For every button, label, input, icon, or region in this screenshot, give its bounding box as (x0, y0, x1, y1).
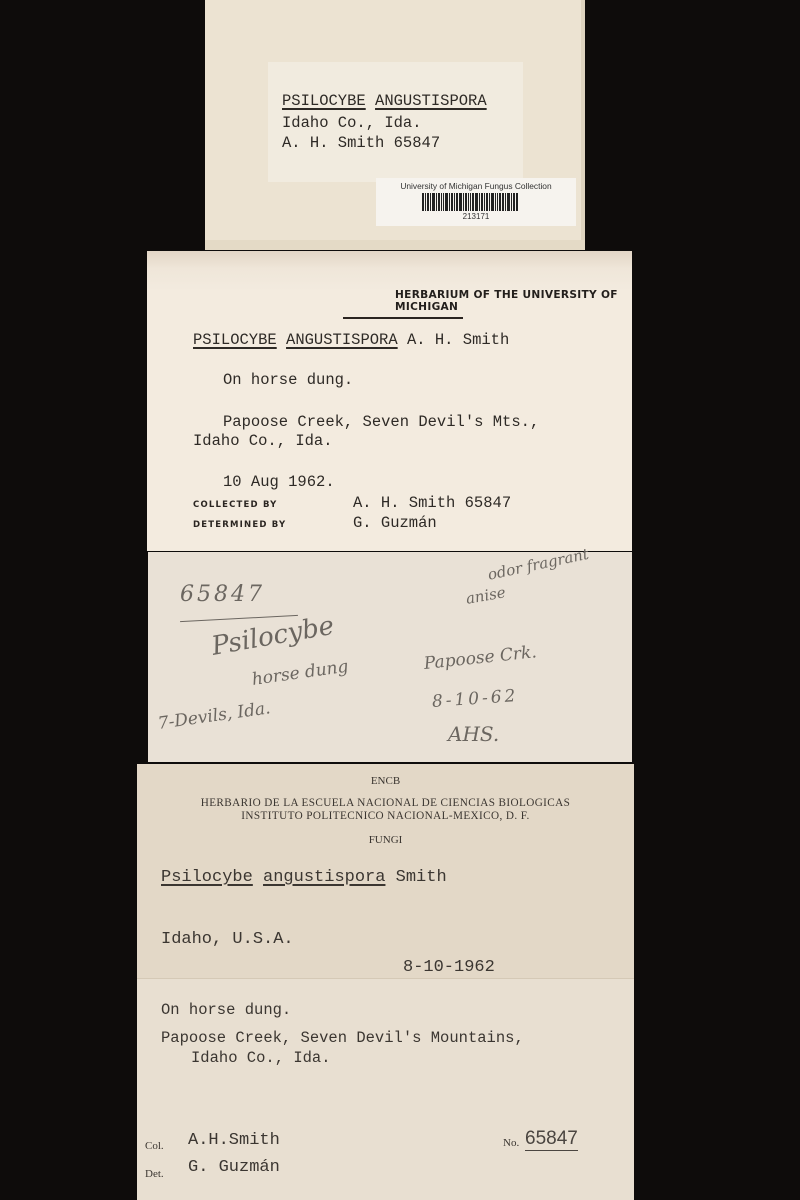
encb-date: 8-10-1962 (403, 958, 495, 977)
encb-locality-1: Papoose Creek, Seven Devil's Mountains, (161, 1029, 524, 1047)
det-value: G. Guzmán (188, 1158, 280, 1177)
encb-taxon: Psilocybe angustispora Smith (161, 868, 447, 887)
col-value: A.H.Smith (188, 1131, 280, 1150)
encb-author: Smith (396, 868, 447, 887)
barcode-label: University of Michigan Fungus Collection… (376, 178, 576, 226)
box-genus: PSILOCYBE (282, 92, 366, 110)
encb-genus: Psilocybe (161, 868, 253, 887)
slip-habitat: horse dung (251, 657, 350, 690)
michigan-locality-1: Papoose Creek, Seven Devil's Mts., (223, 413, 539, 431)
encb-habitat: On horse dung. (161, 1001, 291, 1019)
slip-note-anise: anise (464, 583, 507, 608)
slip-date: 8-10-62 (431, 686, 519, 712)
handwritten-field-slip: 65847 odor fragrant anise Psilocybe hors… (148, 552, 632, 762)
michigan-species: ANGUSTISPORA (286, 331, 398, 349)
michigan-date: 10 Aug 1962. (223, 473, 335, 491)
box-label-locality: Idaho Co., Ida. (282, 114, 422, 132)
michigan-habitat: On horse dung. (223, 371, 353, 389)
determined-by-value: G. Guzmán (353, 514, 437, 532)
encb-species: angustispora (263, 868, 385, 887)
collected-by-value: A. H. Smith 65847 (353, 494, 511, 512)
barcode-title: University of Michigan Fungus Collection (376, 181, 576, 191)
encb-label-lower: On horse dung. Papoose Creek, Seven Devi… (137, 978, 634, 1200)
box-label-taxon: PSILOCYBE ANGUSTISPORA (282, 92, 487, 110)
michigan-taxon: PSILOCYBE ANGUSTISPORA A. H. Smith (193, 331, 509, 349)
encb-institution-1: HERBARIO DE LA ESCUELA NACIONAL DE CIENC… (137, 797, 634, 809)
det-label: Det. (145, 1168, 164, 1180)
slip-initials: AHS. (448, 722, 499, 746)
collected-by-label: COLLECTED BY (193, 500, 278, 510)
box-label-collector: A. H. Smith 65847 (282, 134, 440, 152)
box-species: ANGUSTISPORA (375, 92, 487, 110)
slip-region: 7-Devils, Ida. (157, 698, 272, 734)
no-label: No. (503, 1137, 519, 1149)
michigan-header: HERBARIUM OF THE UNIVERSITY OF MICHIGAN (147, 289, 632, 313)
encb-group: FUNGI (137, 834, 634, 846)
michigan-herbarium-label: HERBARIUM OF THE UNIVERSITY OF MICHIGAN … (147, 251, 632, 551)
barcode-number: 213171 (376, 212, 576, 221)
michigan-author: A. H. Smith (407, 331, 509, 349)
col-label: Col. (145, 1140, 164, 1152)
barcode-icon (422, 193, 528, 211)
encb-institution-2: INSTITUTO POLITECNICO NACIONAL-MEXICO, D… (137, 810, 634, 822)
header-rule (343, 317, 463, 319)
box-label: PSILOCYBE ANGUSTISPORA Idaho Co., Ida. A… (268, 62, 523, 182)
determined-by-label: DETERMINED BY (193, 520, 286, 530)
encb-locality-2: Idaho Co., Ida. (191, 1049, 331, 1067)
slip-locality: Papoose Crk. (423, 642, 538, 674)
michigan-locality-2: Idaho Co., Ida. (193, 432, 333, 450)
encb-herbarium-label: ENCB HERBARIO DE LA ESCUELA NACIONAL DE … (137, 764, 634, 1200)
michigan-genus: PSILOCYBE (193, 331, 277, 349)
slip-number: 65847 (180, 582, 265, 607)
encb-region: Idaho, U.S.A. (161, 930, 294, 949)
encb-acronym: ENCB (137, 775, 634, 787)
no-value: 65847 (525, 1128, 578, 1151)
